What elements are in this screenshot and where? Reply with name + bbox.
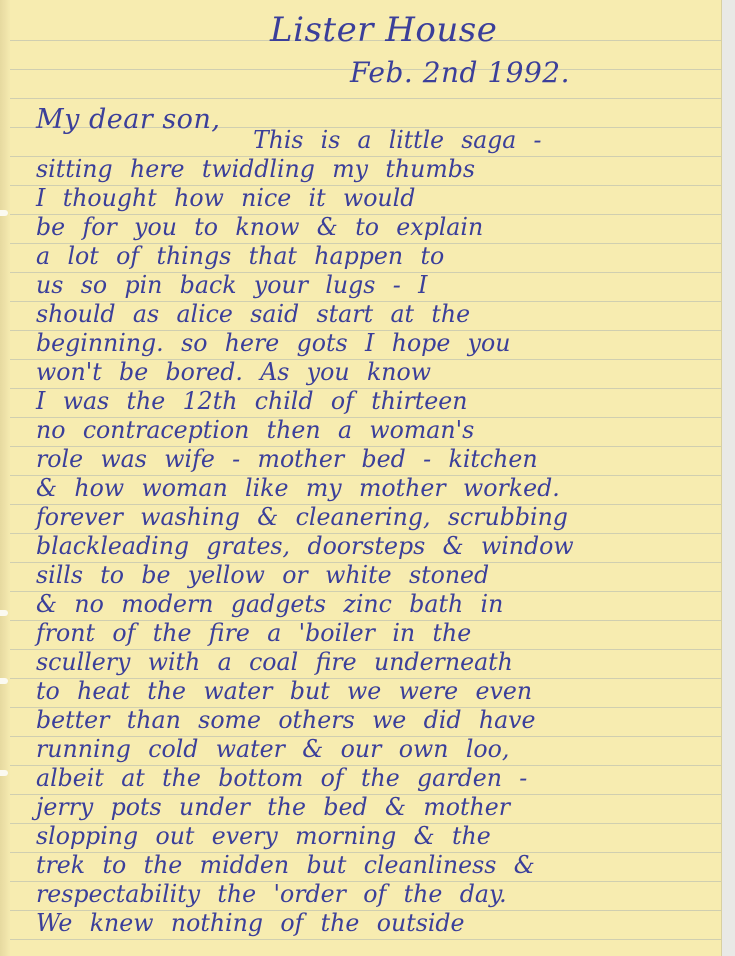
letter-line: a lot of things that happen to	[36, 242, 706, 271]
perforation	[0, 210, 8, 216]
letter-line: sills to be yellow or white stoned	[36, 561, 706, 590]
letter-line: jerry pots under the bed & mother	[36, 793, 706, 822]
letter-line: to heat the water but we were even	[36, 677, 706, 706]
letter-line: won't be bored. As you know	[36, 358, 706, 387]
letter-line: be for you to know & to explain	[36, 213, 706, 242]
perforation	[0, 610, 8, 616]
letter-date: Feb. 2nd 1992.	[350, 56, 570, 89]
letter-line: forever washing & cleanering, scrubbing	[36, 503, 706, 532]
letter-line: beginning. so here gots I hope you	[36, 329, 706, 358]
letter-line: This is a little saga -	[36, 126, 701, 155]
letter-line: albeit at the bottom of the garden -	[36, 764, 706, 793]
letter-line: & no modern gadgets zinc bath in	[36, 590, 706, 619]
letter-line: should as alice said start at the	[36, 300, 706, 329]
letter-line: trek to the midden but cleanliness &	[36, 851, 706, 880]
letter-line: no contraception then a woman's	[36, 416, 706, 445]
letter-line: I thought how nice it would	[36, 184, 706, 213]
letter-line: & how woman like my mother worked.	[36, 474, 706, 503]
letter-line: slopping out every morning & the	[36, 822, 706, 851]
letter-line: We knew nothing of the outside	[36, 909, 706, 938]
letter-heading-place: Lister House	[270, 10, 497, 50]
letter-line: scullery with a coal fire underneath	[36, 648, 706, 677]
letter-line: respectability the 'order of the day.	[36, 880, 706, 909]
letter-line: running cold water & our own loo,	[36, 735, 706, 764]
letter-line: role was wife - mother bed - kitchen	[36, 445, 706, 474]
letter-line: blackleading grates, doorsteps & window	[36, 532, 706, 561]
letter-line: I was the 12th child of thirteen	[36, 387, 706, 416]
letter-page: Lister House Feb. 2nd 1992. My dear son,…	[0, 0, 721, 956]
letter-line: better than some others we did have	[36, 706, 706, 735]
letter-line: sitting here twiddling my thumbs	[36, 155, 706, 184]
letter-body: This is a little saga - sitting here twi…	[36, 126, 716, 938]
perforation	[0, 770, 8, 776]
perforation	[0, 678, 8, 684]
letter-line: front of the fire a 'boiler in the	[36, 619, 706, 648]
letter-line: us so pin back your lugs - I	[36, 271, 706, 300]
